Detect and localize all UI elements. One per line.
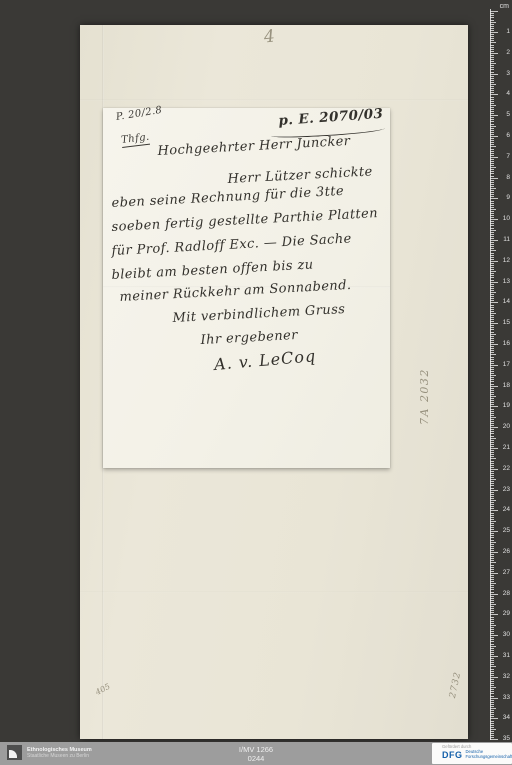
ruler-mm-tick <box>490 452 494 453</box>
ruler-mm-tick <box>490 221 494 222</box>
dfg-funding-card: Gefördert durch DFG Deutsche Forschungsg… <box>432 743 512 764</box>
ruler-mm-tick <box>490 431 494 432</box>
ruler-mm-tick <box>490 488 494 489</box>
ruler-mm-tick <box>490 581 494 582</box>
ruler-mm-tick <box>490 128 494 129</box>
ruler-mm-tick <box>490 165 494 166</box>
ruler-mm-tick <box>490 28 494 29</box>
ruler-cm-tick <box>490 261 498 262</box>
ruler-mm-tick <box>490 24 494 25</box>
ruler-number: 6 <box>506 132 510 140</box>
ruler-number: 9 <box>506 194 510 202</box>
letter-sheet: P. 20/2.8 Thfg. p. E. 2070/03 Hochgeehrt… <box>103 108 390 468</box>
ruler-mm-tick <box>490 492 494 493</box>
ruler-number: 3 <box>506 70 510 78</box>
ruler-mm-tick <box>490 575 494 576</box>
ruler-mm-tick <box>490 138 494 139</box>
ruler-number: 2 <box>506 49 510 57</box>
ruler-mm-tick <box>490 556 494 557</box>
ruler-mm-tick <box>490 550 494 551</box>
ruler-mm-tick <box>490 458 496 459</box>
ruler-mm-tick <box>490 473 494 474</box>
ruler-mm-tick <box>490 15 494 16</box>
ruler-mm-tick <box>490 587 494 588</box>
ruler-mm-tick <box>490 288 494 289</box>
ruler-mm-tick <box>490 641 494 642</box>
ruler-cm-tick <box>490 552 498 553</box>
ruler-mm-tick <box>490 13 494 14</box>
ruler-mm-tick <box>490 565 494 566</box>
ruler-mm-tick <box>490 592 494 593</box>
ruler-mm-tick <box>490 483 494 484</box>
ruler-mm-tick <box>490 92 494 93</box>
letter-line: eben seine Rechnung für die 3tte <box>111 184 344 211</box>
ruler-cm-tick <box>490 282 498 283</box>
ruler-mm-tick <box>490 234 494 235</box>
letter-line: für Prof. Radloff Exc. — Die Sache <box>111 231 352 259</box>
ruler-mm-tick <box>490 623 494 624</box>
ruler-mm-tick <box>490 685 494 686</box>
ruler-mm-tick <box>490 617 494 618</box>
ruler-mm-tick <box>490 700 494 701</box>
ruler-mm-tick <box>490 585 494 586</box>
ruler-mm-tick <box>490 51 494 52</box>
ruler-mm-tick <box>490 456 494 457</box>
ruler-number: 4 <box>506 90 510 98</box>
ruler-mm-tick <box>490 527 494 528</box>
ruler-mm-tick <box>490 357 494 358</box>
ruler-mm-tick <box>490 606 494 607</box>
ruler-mm-tick <box>490 440 494 441</box>
ruler-mm-tick <box>490 639 494 640</box>
ruler-mm-tick <box>490 263 494 264</box>
ruler-mm-tick <box>490 475 494 476</box>
ruler-mm-tick <box>490 425 494 426</box>
ruler-mm-tick <box>490 737 494 738</box>
ruler-mm-tick <box>490 681 494 682</box>
ruler-mm-tick <box>490 629 494 630</box>
ruler-mm-tick <box>490 49 494 50</box>
ruler-mm-tick <box>490 182 494 183</box>
ruler-mm-tick <box>490 346 494 347</box>
ruler-mm-tick <box>490 313 496 314</box>
ruler-mm-tick <box>490 59 494 60</box>
ruler-mm-tick <box>490 411 494 412</box>
ruler-mm-tick <box>490 654 494 655</box>
ruler-cm-tick <box>490 136 498 137</box>
ruler-mm-tick <box>490 265 494 266</box>
ruler-mm-tick <box>490 662 494 663</box>
ruler-mm-tick <box>490 26 494 27</box>
ruler-mm-tick <box>490 679 494 680</box>
ruler-mm-tick <box>490 723 494 724</box>
ruler-mm-tick <box>490 644 494 645</box>
ruler-mm-tick <box>490 567 494 568</box>
ruler-mm-tick <box>490 485 494 486</box>
ruler-number: 18 <box>503 382 510 390</box>
ruler-mm-tick <box>490 367 494 368</box>
ruler-mm-tick <box>490 602 494 603</box>
ruler-mm-tick <box>490 583 496 584</box>
ruler-mm-tick <box>490 294 494 295</box>
ruler-number: 25 <box>503 527 510 535</box>
ruler-cm-tick <box>490 698 498 699</box>
ruler-mm-tick <box>490 558 494 559</box>
ruler-number: 34 <box>503 714 510 722</box>
ruler-mm-tick <box>490 334 496 335</box>
ruler-mm-tick <box>490 192 494 193</box>
ruler-mm-tick <box>490 419 494 420</box>
ruler-mm-tick <box>490 99 494 100</box>
ruler-mm-tick <box>490 429 494 430</box>
ruler-mm-tick <box>490 259 494 260</box>
ruler-mm-tick <box>490 40 494 41</box>
ruler-mm-tick <box>490 579 494 580</box>
ruler-mm-tick <box>490 537 494 538</box>
letter-line-closing: Mit verbindlichem Gruss <box>172 302 345 326</box>
ruler-mm-tick <box>490 463 494 464</box>
ruler-cm-tick <box>490 219 498 220</box>
ruler-mm-tick <box>490 38 494 39</box>
ruler-mm-tick <box>490 714 494 715</box>
ruler-unit-label: cm <box>500 3 509 10</box>
letter-mark-paraph: Thfg. <box>121 132 151 146</box>
ruler-cm-tick <box>490 198 498 199</box>
ruler-mm-tick <box>490 598 494 599</box>
ruler-mm-tick <box>490 167 496 168</box>
ruler-cm-tick <box>490 510 498 511</box>
ruler-mm-tick <box>490 103 494 104</box>
ruler-mm-tick <box>490 253 494 254</box>
ruler-mm-tick <box>490 225 494 226</box>
ruler-mm-tick <box>490 392 494 393</box>
ruler-mm-tick <box>490 327 494 328</box>
ruler-mm-tick <box>490 190 494 191</box>
ruler-mm-tick <box>490 34 494 35</box>
ruler-mm-tick <box>490 702 494 703</box>
ruler-mm-tick <box>490 132 494 133</box>
ruler-mm-tick <box>490 612 494 613</box>
ruler-cm-tick <box>490 677 498 678</box>
ruler-cm-tick <box>490 344 498 345</box>
ruler-mm-tick <box>490 315 494 316</box>
ruler-cm-tick <box>490 32 498 33</box>
ruler-mm-tick <box>490 296 494 297</box>
ruler-mm-tick <box>490 544 494 545</box>
ruler-cm-tick <box>490 11 498 12</box>
ruler-mm-tick <box>490 413 494 414</box>
ruler-mm-tick <box>490 619 494 620</box>
ruler-cm-tick <box>490 427 498 428</box>
ruler-mm-tick <box>490 153 494 154</box>
ruler-mm-tick <box>490 203 494 204</box>
ruler-mm-tick <box>490 111 494 112</box>
ruler-mm-tick <box>490 171 494 172</box>
ruler-mm-tick <box>490 311 494 312</box>
ruler-mm-tick <box>490 134 494 135</box>
ruler-mm-tick <box>490 205 494 206</box>
ruler-cm-tick <box>490 365 498 366</box>
ruler-number: 21 <box>503 444 510 452</box>
ruler-mm-tick <box>490 223 494 224</box>
ruler-cm-tick <box>490 531 498 532</box>
ruler-mm-tick <box>490 144 494 145</box>
signature: A. v. LeCoq <box>213 346 317 374</box>
ruler-mm-tick <box>490 63 496 64</box>
ruler-mm-tick <box>490 716 494 717</box>
mount-crease-horizontal-top <box>80 99 468 101</box>
ruler-mm-tick <box>490 209 496 210</box>
mount-sheet: 4 7A 2032 2732 405 P. 20/2.8 Thfg. p. E.… <box>80 25 468 739</box>
ruler-mm-tick <box>490 78 494 79</box>
ruler-mm-tick <box>490 454 494 455</box>
ruler-mm-tick <box>490 675 494 676</box>
ruler-number: 26 <box>503 548 510 556</box>
ruler-mm-tick <box>490 438 496 439</box>
ruler-mm-tick <box>490 421 494 422</box>
ruler-mm-tick <box>490 338 494 339</box>
ruler-mm-tick <box>490 319 494 320</box>
ruler-mm-tick <box>490 354 496 355</box>
ruler-mm-tick <box>490 388 494 389</box>
ruler-mm-tick <box>490 546 494 547</box>
ruler-mm-tick <box>490 589 494 590</box>
ruler-mm-tick <box>490 76 494 77</box>
ruler-mm-tick <box>490 384 494 385</box>
ruler-mm-tick <box>490 20 494 21</box>
ruler-mm-tick <box>490 188 496 189</box>
ruler-mm-tick <box>490 375 496 376</box>
ruler-number: 11 <box>503 236 510 244</box>
ruler-mm-tick <box>490 321 494 322</box>
ruler-mm-tick <box>490 217 494 218</box>
ruler-mm-tick <box>490 117 494 118</box>
ruler-mm-tick <box>490 359 494 360</box>
ruler-mm-tick <box>490 467 494 468</box>
ruler-number: 17 <box>503 361 510 369</box>
ruler-mm-tick <box>490 733 494 734</box>
ruler-cm-tick <box>490 53 498 54</box>
ruler-mm-tick <box>490 521 496 522</box>
ruler-mm-tick <box>490 637 494 638</box>
ruler-mm-tick <box>490 683 494 684</box>
ruler-mm-tick <box>490 244 494 245</box>
ruler-mm-tick <box>490 554 494 555</box>
ruler-mm-tick <box>490 693 494 694</box>
ruler-mm-tick <box>490 47 494 48</box>
ruler-number: 10 <box>503 215 510 223</box>
ruler-mm-tick <box>490 446 494 447</box>
ruler-cm-tick <box>490 323 498 324</box>
ruler-mm-tick <box>490 69 494 70</box>
ruler-cm-tick <box>490 240 498 241</box>
ruler-mm-tick <box>490 329 494 330</box>
ruler-mm-tick <box>490 57 494 58</box>
ruler-mm-tick <box>490 130 494 131</box>
ruler-mm-tick <box>490 146 496 147</box>
ruler-mm-tick <box>490 398 494 399</box>
ruler-mm-tick <box>490 257 494 258</box>
ruler-mm-tick <box>490 689 494 690</box>
ruler-mm-tick <box>490 213 494 214</box>
letter-mark-date: P. 20/2.8 <box>115 105 163 123</box>
ruler-number: 14 <box>503 298 510 306</box>
ruler-mm-tick <box>490 610 494 611</box>
ruler-mm-tick <box>490 142 494 143</box>
ruler-number: 19 <box>503 402 510 410</box>
ruler-mm-tick <box>490 533 494 534</box>
ruler-mm-tick <box>490 669 494 670</box>
ruler-mm-tick <box>490 176 494 177</box>
ruler-mm-tick <box>490 373 494 374</box>
ruler-mm-tick <box>490 666 496 667</box>
ruler-mm-tick <box>490 242 494 243</box>
ruler-mm-tick <box>490 381 494 382</box>
ruler-mm-tick <box>490 535 494 536</box>
ruler-mm-tick <box>490 390 494 391</box>
ruler-mm-tick <box>490 325 494 326</box>
footer-bar: Ethnologisches Museum Staatliche Museen … <box>0 742 512 765</box>
ruler-mm-tick <box>490 361 494 362</box>
ruler-number: 32 <box>503 673 510 681</box>
ruler-mm-tick <box>490 307 494 308</box>
ruler-mm-tick <box>490 515 494 516</box>
ruler-mm-tick <box>490 508 494 509</box>
ruler-mm-tick <box>490 280 494 281</box>
ruler-mm-tick <box>490 671 494 672</box>
ruler-mm-tick <box>490 627 494 628</box>
letter-line: Herr Lützer schickte <box>227 164 373 187</box>
ruler-cm-tick <box>490 178 498 179</box>
ruler-mm-tick <box>490 450 494 451</box>
ruler-mm-tick <box>490 275 494 276</box>
ruler-mm-tick <box>490 109 494 110</box>
letter-line: soeben fertig gestellte Parthie Platten <box>111 206 378 235</box>
ruler-number: 23 <box>503 486 510 494</box>
ruler-mm-tick <box>490 342 494 343</box>
ruler-mm-tick <box>490 101 494 102</box>
ruler-mm-tick <box>490 363 494 364</box>
ruler-mm-tick <box>490 284 494 285</box>
ruler-mm-tick <box>490 286 494 287</box>
inventory-annotation-vertical: 7A 2032 <box>418 368 431 425</box>
ruler-mm-tick <box>490 513 494 514</box>
ruler-mm-tick <box>490 155 494 156</box>
ruler-mm-tick <box>490 479 496 480</box>
letter-line: bleibt am besten offen bis zu <box>111 257 314 283</box>
ruler-cm-tick <box>490 469 498 470</box>
ruler-mm-tick <box>490 660 494 661</box>
ruler-mm-tick <box>490 648 494 649</box>
ruler-mm-tick <box>490 687 496 688</box>
ruler-mm-tick <box>490 45 494 46</box>
ruler-mm-tick <box>490 600 494 601</box>
ruler-mm-tick <box>490 163 494 164</box>
ruler-mm-tick <box>490 704 494 705</box>
ruler-mm-tick <box>490 562 496 563</box>
ruler-number: 28 <box>503 590 510 598</box>
ruler-cm-tick <box>490 739 498 740</box>
ruler-mm-tick <box>490 55 494 56</box>
dfg-logo: DFG <box>442 750 463 760</box>
ruler-mm-tick <box>490 230 496 231</box>
ruler-mm-tick <box>490 560 494 561</box>
ruler-number: 7 <box>506 153 510 161</box>
funding-pretext: Gefördert durch <box>442 744 512 749</box>
scan-viewport: 4 7A 2032 2732 405 P. 20/2.8 Thfg. p. E.… <box>0 0 512 765</box>
ruler-mm-tick <box>490 90 494 91</box>
ruler-mm-tick <box>490 348 494 349</box>
ruler-mm-tick <box>490 731 494 732</box>
ruler-mm-tick <box>490 292 496 293</box>
ruler-mm-tick <box>490 298 494 299</box>
ruler-mm-tick <box>490 500 496 501</box>
ruler-cm-tick <box>490 448 498 449</box>
ruler-mm-tick <box>490 273 494 274</box>
ruler-number: 16 <box>503 340 510 348</box>
ruler-mm-tick <box>490 604 496 605</box>
ruler-mm-tick <box>490 309 494 310</box>
ruler-mm-tick <box>490 255 494 256</box>
ruler-mm-tick <box>490 529 494 530</box>
ruler-number: 8 <box>506 174 510 182</box>
ruler-mm-tick <box>490 336 494 337</box>
ruler-mm-tick <box>490 652 494 653</box>
ruler-mm-tick <box>490 433 494 434</box>
ruler-mm-tick <box>490 290 494 291</box>
ruler-mm-tick <box>490 496 494 497</box>
ruler-mm-tick <box>490 305 494 306</box>
ruler-mm-tick <box>490 577 494 578</box>
ruler-mm-tick <box>490 184 494 185</box>
ruler-mm-tick <box>490 159 494 160</box>
ruler-mm-tick <box>490 97 494 98</box>
ruler-cm-tick <box>490 718 498 719</box>
ruler: cm 1234567891011121314151617181920212223… <box>490 0 512 742</box>
ruler-number: 30 <box>503 631 510 639</box>
ruler-mm-tick <box>490 169 494 170</box>
ruler-mm-tick <box>490 211 494 212</box>
ruler-mm-tick <box>490 471 494 472</box>
corner-annotation-bottom-right: 2732 <box>448 671 463 699</box>
ruler-mm-tick <box>490 525 494 526</box>
ruler-mm-tick <box>490 710 494 711</box>
ruler-mm-tick <box>490 236 494 237</box>
ruler-mm-tick <box>490 394 494 395</box>
ruler-cm-tick <box>490 594 498 595</box>
ruler-mm-tick <box>490 371 494 372</box>
ruler-mm-tick <box>490 250 496 251</box>
ruler-mm-tick <box>490 267 494 268</box>
ruler-mm-tick <box>490 84 496 85</box>
ruler-mm-tick <box>490 277 494 278</box>
ruler-mm-tick <box>490 504 494 505</box>
ruler-mm-tick <box>490 494 494 495</box>
ruler-mm-tick <box>490 735 494 736</box>
ruler-mm-tick <box>490 442 494 443</box>
ruler-mm-tick <box>490 107 494 108</box>
ruler-mm-tick <box>490 400 494 401</box>
ruler-mm-tick <box>490 201 494 202</box>
ruler-mm-tick <box>490 502 494 503</box>
ruler-mm-tick <box>490 569 494 570</box>
ruler-mm-tick <box>490 161 494 162</box>
ruler-number: 22 <box>503 465 510 473</box>
ruler-cm-tick <box>490 573 498 574</box>
letter-line-salutation: Hochgeehrter Herr Juncker <box>157 134 351 159</box>
ruler-mm-tick <box>490 548 494 549</box>
ruler-number: 27 <box>503 569 510 577</box>
